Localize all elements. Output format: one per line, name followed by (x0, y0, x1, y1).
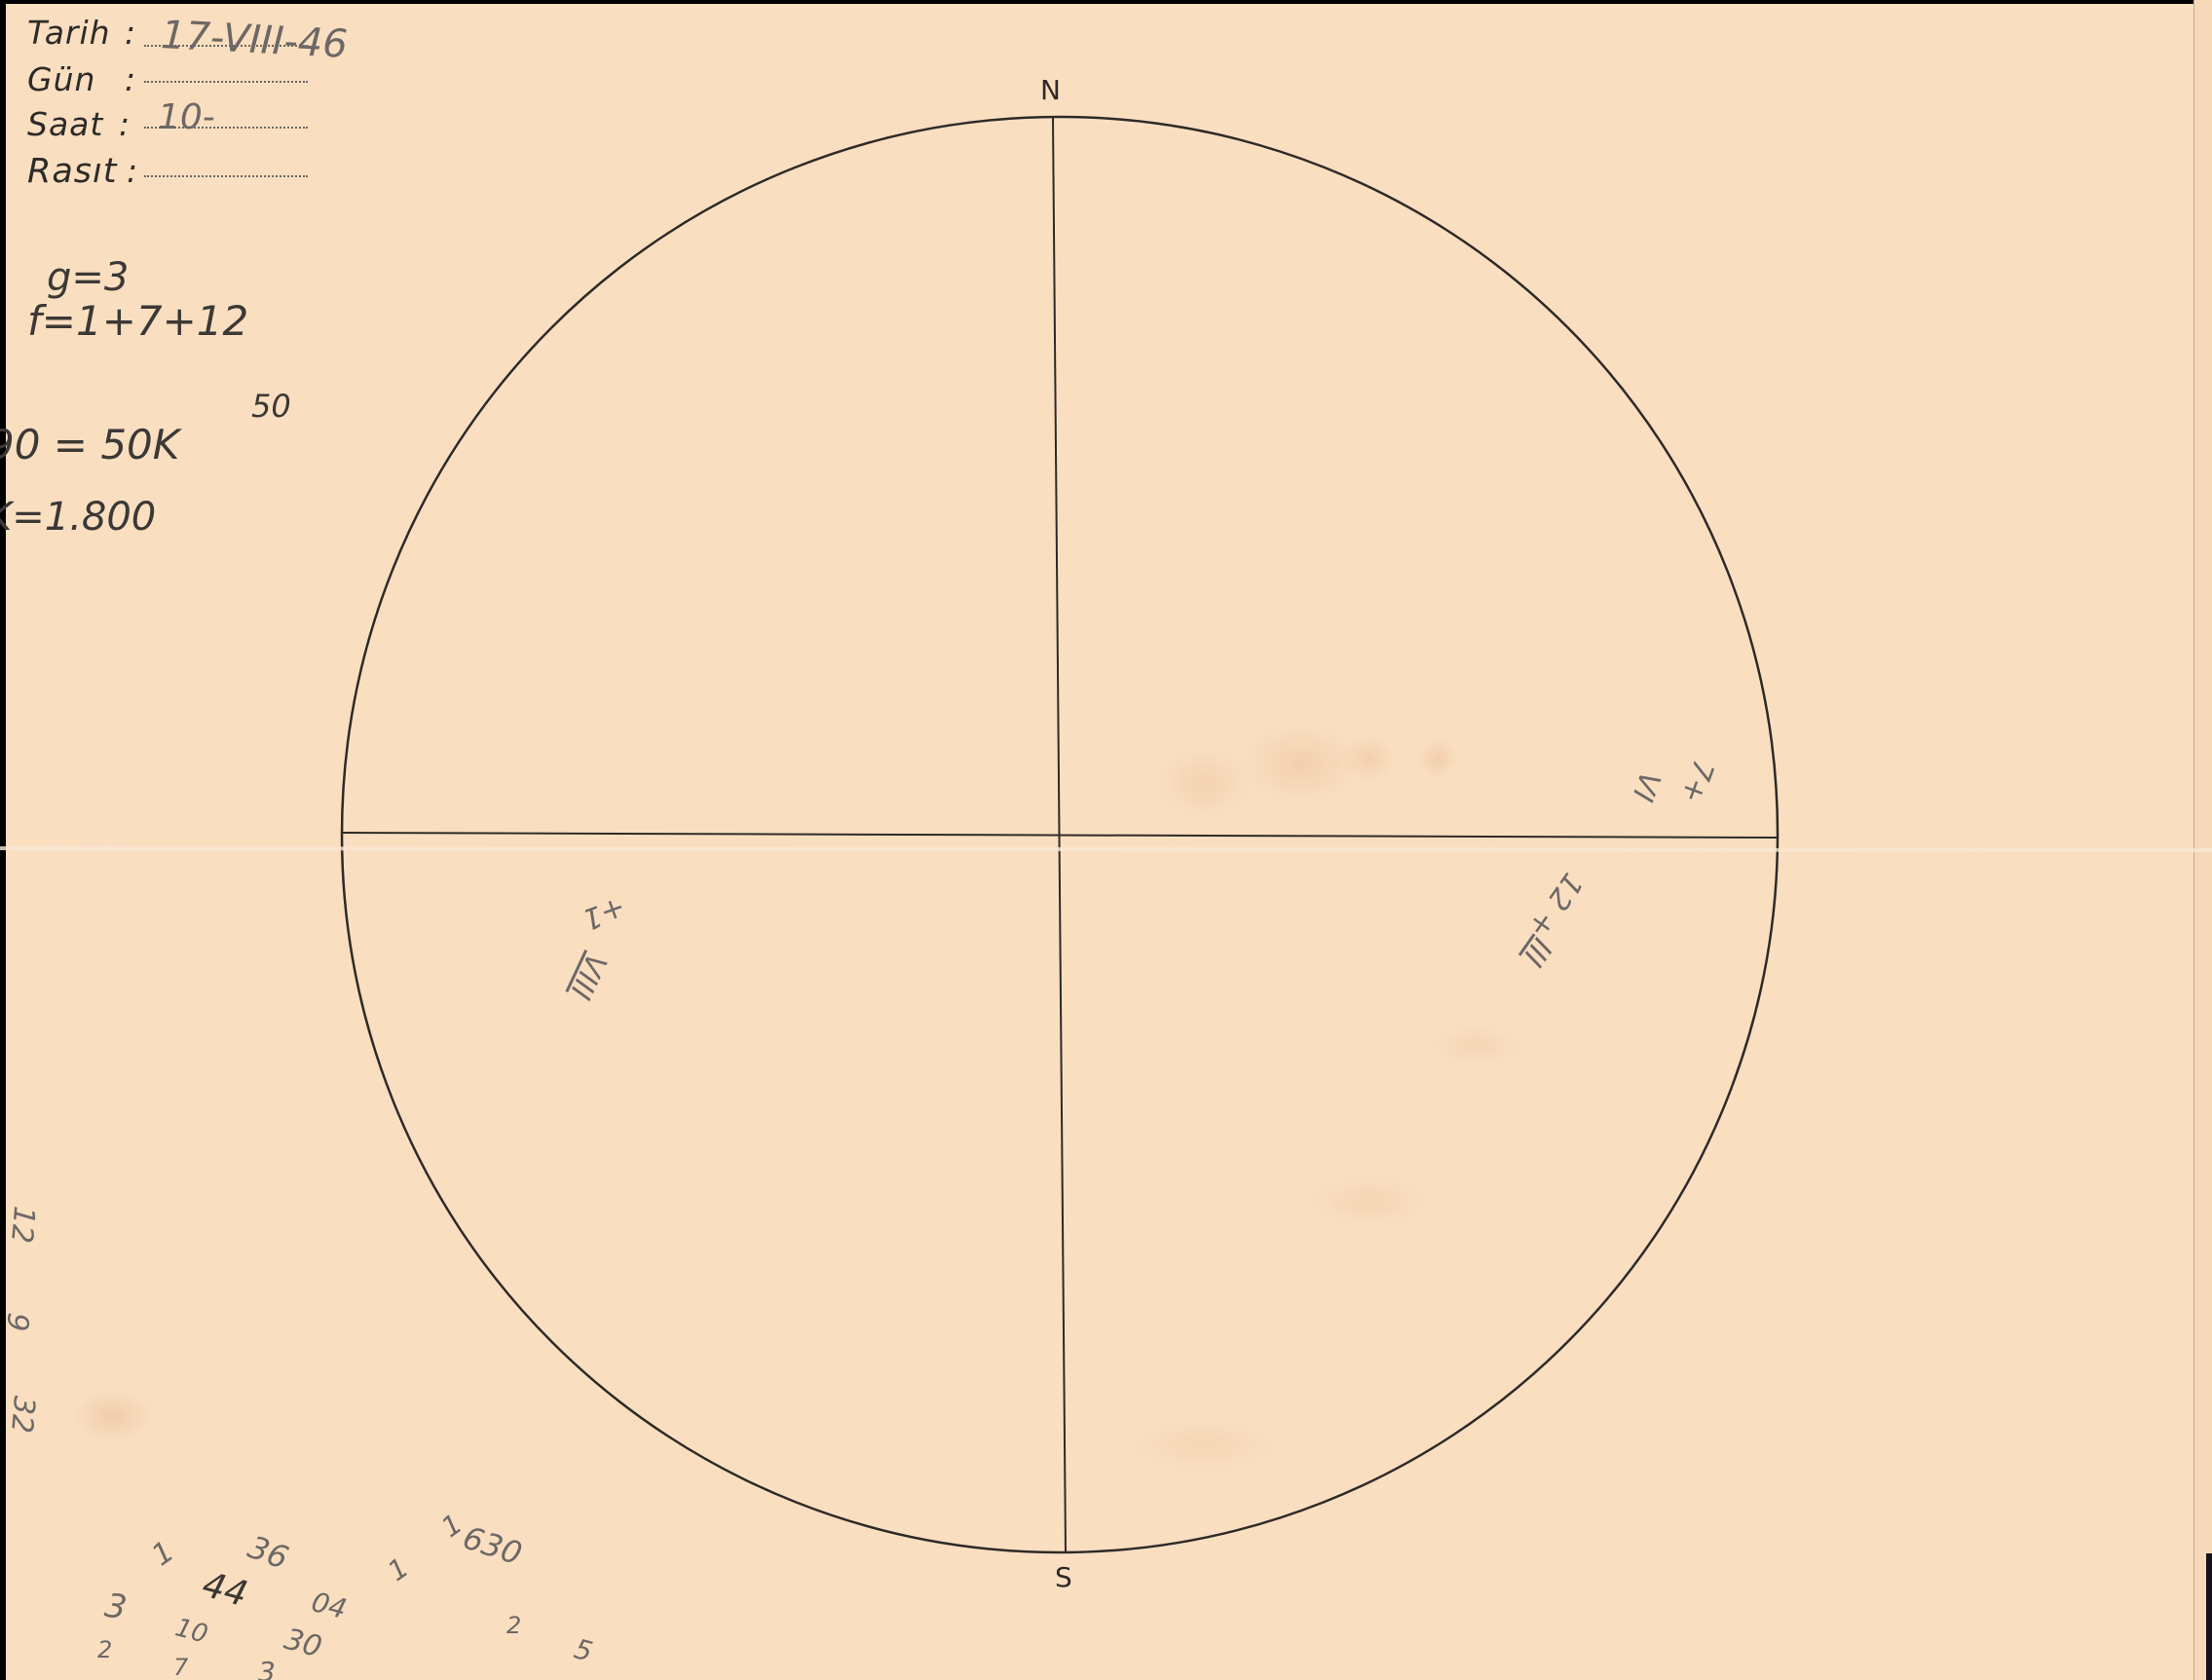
scribble: 2 (506, 1612, 521, 1639)
paper-fold (0, 848, 2212, 850)
south-label: S (1055, 1561, 1072, 1593)
scribble: 7 (173, 1654, 188, 1680)
margin-number: 12 (4, 1205, 41, 1245)
scribble: 2 (97, 1636, 112, 1663)
scribble: 3 (258, 1656, 276, 1680)
margin-number: 32 (4, 1395, 41, 1435)
north-label: N (1040, 74, 1061, 106)
margin-number: 9 (0, 1311, 35, 1332)
solar-disc-diagram (0, 0, 2212, 1680)
